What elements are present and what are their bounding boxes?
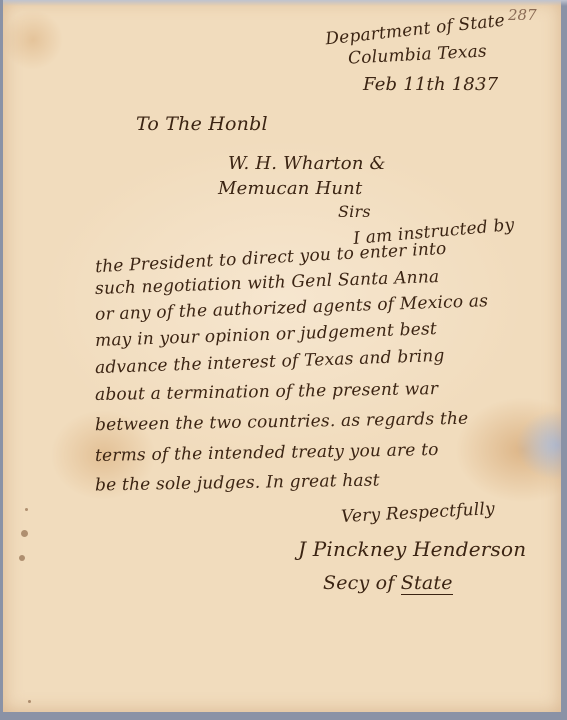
body-line-10: be the sole judges. In great hast (95, 471, 380, 496)
body-line-9: terms of the intended treaty you are to (95, 440, 439, 466)
folio-number: 287 (508, 6, 537, 24)
signatory-title: Secy of State (323, 572, 453, 594)
ink-spot (28, 700, 31, 703)
body-line-6: advance the interest of Texas and bring (95, 346, 445, 378)
salutation-to: To The Honbl (136, 113, 268, 135)
addressee-line-2: Memucan Hunt (218, 178, 362, 199)
ink-spot (21, 530, 28, 537)
ink-spot (19, 555, 25, 561)
signature: J Pinckney Henderson (298, 537, 526, 561)
ink-spot (25, 508, 28, 511)
body-line-8: between the two countries. as regards th… (95, 409, 469, 436)
salutation: Sirs (338, 202, 371, 221)
heading-location: Columbia Texas (348, 41, 488, 68)
letter-page: 287 Department of State Columbia Texas F… (3, 0, 561, 712)
addressee-line-1: W. H. Wharton & (228, 153, 386, 174)
body-line-7: about a termination of the present war (95, 379, 438, 405)
title-prefix: Secy of (323, 572, 395, 594)
body-line-5: may in your opinion or judgement best (95, 319, 437, 351)
title-suffix: State (401, 572, 453, 595)
closing: Very Respectfully (341, 499, 496, 527)
scan-edge (3, 0, 567, 6)
heading-date: Feb 11th 1837 (363, 74, 498, 95)
